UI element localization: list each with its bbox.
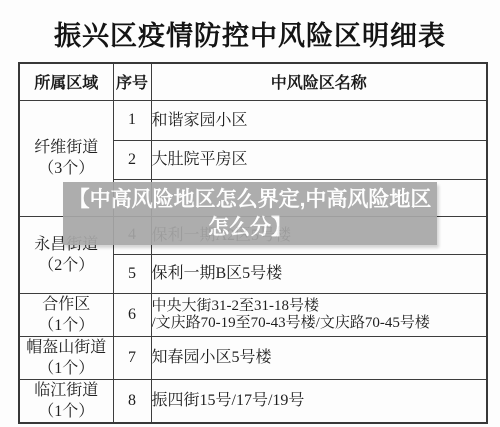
risk-area-name-cell: 振四街15号/17号/19号 [151, 379, 487, 423]
region-cell: 帽盔山街道 （1个） [19, 336, 113, 379]
column-header-seq: 序号 [113, 63, 151, 100]
region-cell: 临江街道 （1个） [19, 379, 113, 423]
region-cell: 合作区 （1个） [19, 293, 113, 336]
table-row: 帽盔山街道 （1个）7知春园小区5号楼 [19, 336, 487, 379]
page: 振兴区疫情防控中风险区明细表 所属区域 序号 中风险区名称 纤维街道 （3个）1… [0, 0, 500, 427]
seq-cell: 7 [113, 336, 151, 379]
table-row: 临江街道 （1个）8振四街15号/17号/19号 [19, 379, 487, 423]
table-row: 合作区 （1个）6中央大街31-2至31-18号楼 /文庆路70-19至70-4… [19, 293, 487, 336]
watermark-overlay: 【中高风险地区怎么界定,中高风险地区怎么分】 [63, 182, 437, 245]
seq-cell: 5 [113, 254, 151, 293]
table-body: 纤维街道 （3个）1和谐家园小区2大肚院平房区永昌街道 （2个）4保利一期A2区… [19, 100, 487, 423]
column-header-region: 所属区域 [19, 63, 113, 100]
table-header-row: 所属区域 序号 中风险区名称 [19, 63, 487, 100]
watermark-overlay-text: 【中高风险地区怎么界定,中高风险地区怎么分】 [63, 186, 437, 242]
seq-cell: 1 [113, 100, 151, 140]
seq-cell: 8 [113, 379, 151, 423]
risk-area-name-cell: 大肚院平房区 [151, 140, 487, 179]
table-row: 纤维街道 （3个）1和谐家园小区 [19, 100, 487, 140]
risk-area-name-cell: 中央大街31-2至31-18号楼 /文庆路70-19至70-43号楼/文庆路70… [151, 293, 487, 336]
seq-cell: 2 [113, 140, 151, 179]
risk-area-name-cell: 和谐家园小区 [151, 100, 487, 140]
column-header-name: 中风险区名称 [151, 63, 487, 100]
risk-area-name-cell: 知春园小区5号楼 [151, 336, 487, 379]
seq-cell: 6 [113, 293, 151, 336]
page-title: 振兴区疫情防控中风险区明细表 [0, 14, 500, 53]
risk-area-name-cell: 保利一期B区5号楼 [151, 254, 487, 293]
